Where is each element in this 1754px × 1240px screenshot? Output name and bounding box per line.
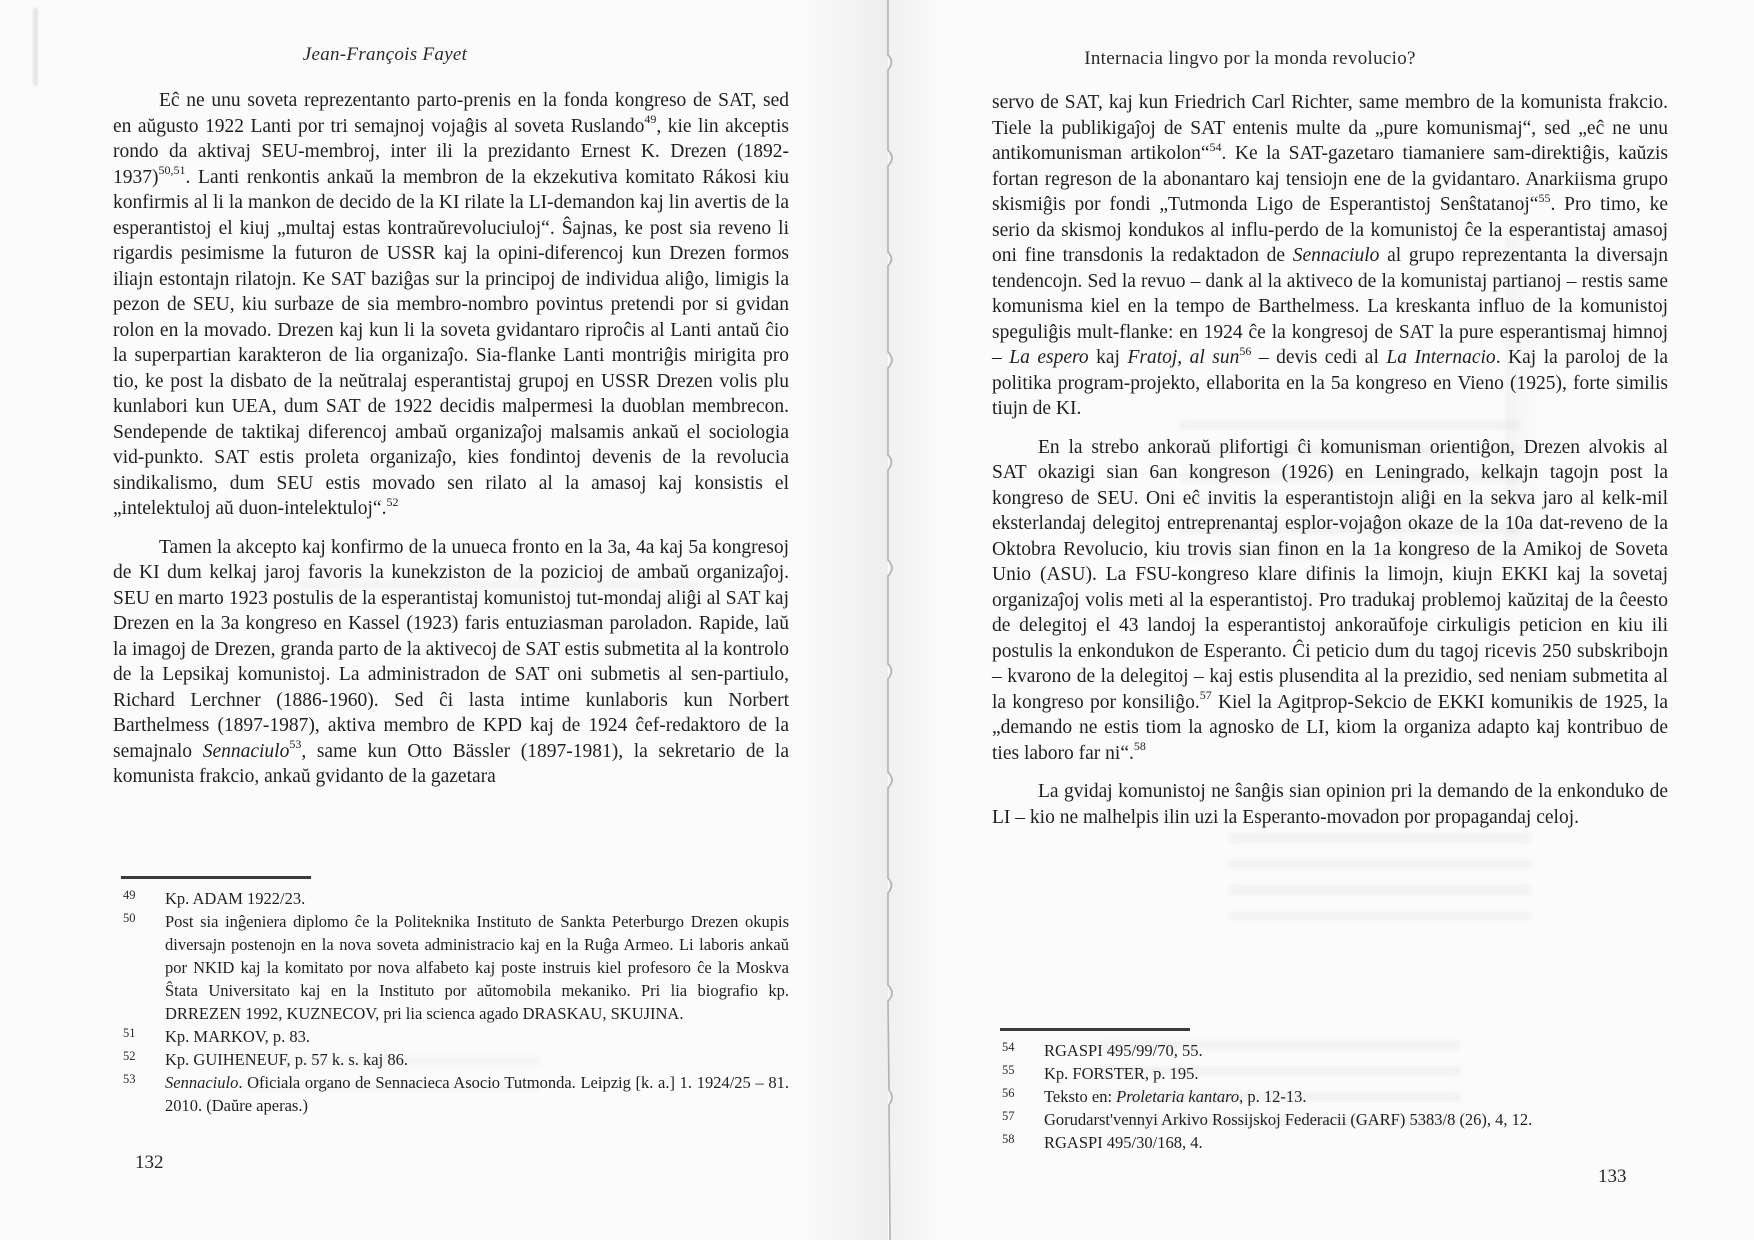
footnote-text: Sennaciulo. Oficiala organo de Sennaciec… [165, 1073, 789, 1115]
footnote-number: 56 [1002, 1082, 1015, 1105]
bleed-through-artifact [1230, 833, 1530, 921]
footnote-text: Kp. FORSTER, p. 195. [1044, 1064, 1198, 1083]
footnote-number: 55 [1002, 1059, 1015, 1082]
footnote-text: Post sia inĝeniera diplomo ĉe la Politek… [165, 912, 789, 1023]
footnote: 53 Sennaciulo. Oficiala organo de Sennac… [113, 1071, 789, 1117]
footnote-text: Gorudarst'vennyi Arkivo Rossijskoj Feder… [1044, 1110, 1532, 1129]
footnote: 52 Kp. GUIHENEUF, p. 57 k. s. kaj 86. [113, 1048, 789, 1071]
right-page-footnotes: 54 RGASPI 495/99/70, 55. 55 Kp. FORSTER,… [992, 1028, 1668, 1154]
footnote-text: RGASPI 495/30/168, 4. [1044, 1133, 1203, 1152]
footnote-text: Teksto en: Proletaria kantaro, p. 12-13. [1044, 1087, 1307, 1106]
footnote-number: 50 [123, 907, 136, 930]
footnote: 57 Gorudarst'vennyi Arkivo Rossijskoj Fe… [992, 1108, 1668, 1131]
running-header-author: Jean-François Fayet [47, 44, 723, 66]
footnote-number: 53 [123, 1068, 136, 1091]
footnote: 50 Post sia inĝeniera diplomo ĉe la Poli… [113, 910, 789, 1025]
right-page-body: servo de SAT, kaj kun Friedrich Carl Ric… [992, 90, 1668, 830]
footnote-number: 54 [1002, 1036, 1015, 1059]
footnote-number: 49 [123, 884, 136, 907]
footnote-number: 51 [123, 1022, 136, 1045]
gutter-page-edge [872, 0, 906, 1240]
footnote: 56 Teksto en: Proletaria kantaro, p. 12-… [992, 1085, 1668, 1108]
footnote: 58 RGASPI 495/30/168, 4. [992, 1131, 1668, 1154]
footnote: 54 RGASPI 495/99/70, 55. [992, 1039, 1668, 1062]
body-paragraph: Tamen la akcepto kaj konfirmo de la unue… [113, 535, 789, 790]
left-page-body: Eĉ ne unu soveta reprezentanto parto-pre… [113, 88, 789, 790]
footnote: 49 Kp. ADAM 1922/23. [113, 887, 789, 910]
footnote: 55 Kp. FORSTER, p. 195. [992, 1062, 1668, 1085]
footnote-separator [1000, 1028, 1190, 1031]
footnote-number: 52 [123, 1045, 136, 1068]
body-paragraph: Eĉ ne unu soveta reprezentanto parto-pre… [113, 88, 789, 522]
footnote-text: Kp. ADAM 1922/23. [165, 889, 305, 908]
body-paragraph: La gvidaj komunistoj ne ŝanĝis sian opin… [992, 779, 1668, 830]
book-scan-surface: Jean-François Fayet Eĉ ne unu soveta rep… [0, 0, 1754, 1240]
running-header-chapter-title: Internacia lingvo por la monda revolucio… [912, 48, 1588, 70]
footnote-text: Kp. GUIHENEUF, p. 57 k. s. kaj 86. [165, 1050, 408, 1069]
body-paragraph: En la strebo ankoraŭ plifortigi ĉi komun… [992, 435, 1668, 767]
scan-artifact [33, 8, 38, 86]
footnote-text: Kp. MARKOV, p. 83. [165, 1027, 310, 1046]
page-number: 133 [1598, 1166, 1627, 1188]
footnote: 51 Kp. MARKOV, p. 83. [113, 1025, 789, 1048]
body-paragraph: servo de SAT, kaj kun Friedrich Carl Ric… [992, 90, 1668, 422]
page-number: 132 [135, 1152, 164, 1174]
footnote-text: RGASPI 495/99/70, 55. [1044, 1041, 1203, 1060]
footnote-number: 58 [1002, 1128, 1015, 1151]
footnote-number: 57 [1002, 1105, 1015, 1128]
left-page-footnotes: 49 Kp. ADAM 1922/23. 50 Post sia inĝenie… [113, 876, 789, 1117]
footnote-separator [121, 876, 311, 879]
